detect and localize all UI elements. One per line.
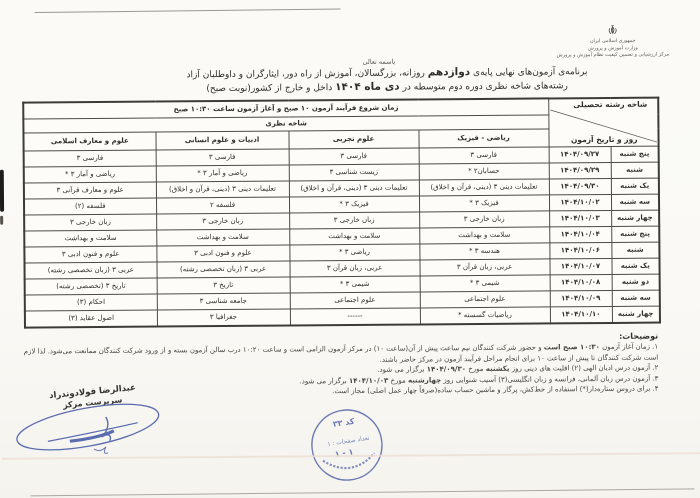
scan-artifact-left-smudge: [0, 170, 4, 212]
subject-cell: جامعه شناسی ۳: [157, 293, 290, 310]
subject-cell: علوم اجتماعی: [420, 291, 550, 308]
subject-cell: هندسه ۳ *: [419, 243, 549, 260]
signature-block: عبدالرضا فولادوندراد سرپرست مرکز: [7, 386, 177, 407]
subject-cell: تعلیمات دینی ۳ (دینی، قرآن و اخلاق): [289, 180, 419, 197]
column-header-1: علوم تجربی: [288, 130, 418, 149]
subject-cell: فیزیک ۳ *: [419, 195, 549, 212]
scan-artifact-left-smudge-2: [0, 216, 3, 225]
subject-cell: ریاضیات گسسته *: [420, 307, 550, 325]
date-cell: ۱۴۰۴/۰۹/۳۰: [549, 178, 611, 194]
scan-artifact-bottom-line: [30, 488, 694, 496]
date-cell: ۱۴۰۴/۱۰/۰۷: [549, 258, 611, 274]
date-cell: ۱۴۰۴/۱۰/۰۹: [550, 290, 612, 306]
title-1-post: روزانه، بزرگسالان، آموزش از راه دور، ایث…: [186, 68, 427, 80]
subject-cell: فارسی ۳: [289, 148, 419, 165]
date-cell: ۱۴۰۴/۱۰/۱۰: [550, 306, 612, 323]
subject-cell: فیزیک ۳ *: [289, 196, 419, 213]
subject-cell: زبان خارجی ۳: [24, 214, 156, 231]
title-1-grade: دوازدهم: [428, 66, 471, 78]
subject-cell: احکام (۳): [25, 294, 157, 311]
title-2-pre: رشته‌های شاخه نظری دوره دوم متوسطه در: [400, 81, 568, 92]
subject-cell: سلامت و بهداشت: [24, 230, 156, 247]
day-cell: شنبه: [611, 242, 659, 258]
date-cell: ۱۴۰۴/۰۹/۲۹: [549, 162, 611, 178]
column-header-3: علوم و معارف اسلامی: [23, 132, 155, 151]
subject-cell: علوم اجتماعی: [290, 292, 420, 309]
day-cell: چهار شنبه: [612, 306, 660, 323]
day-cell: شنبه: [611, 162, 659, 178]
subject-cell: علوم و معارف قرآنی ۳: [24, 182, 156, 199]
stamp-code-text: کد ۳۳: [332, 417, 355, 429]
date-cell: ۱۴۰۴/۱۰/۰۳: [549, 210, 611, 226]
subject-cell: عربی، زبان قرآن ۳: [289, 260, 419, 277]
subject-cell: تاریخ ۳: [157, 277, 290, 294]
stamp-pages-value-text: ۱ - ۱: [334, 447, 354, 459]
date-cell: ۱۴۰۴/۱۰/۰۲: [549, 194, 611, 210]
subject-cell: زبان خارجی ۳: [419, 211, 549, 228]
column-header-2: ادبیات و علوم انسانی: [155, 131, 288, 150]
iran-emblem-icon: [606, 24, 619, 37]
subject-cell: زبان خارجی ۳: [156, 213, 289, 230]
table-corner-cell: شاخه رشته تحصیلی روز و تاریخ آزمون: [548, 98, 658, 147]
day-cell: یک شنبه: [611, 178, 659, 194]
subject-cell: تعلیمات دینی ۳ (دینی، قرآن و اخلاق): [156, 181, 289, 198]
ministry-header: جمهوری اسلامی ایران وزارت آموزش و پرورش …: [545, 23, 680, 59]
subject-cell: سلامت و بهداشت: [156, 229, 289, 246]
corner-label-day-date: روز و تاریخ آزمون: [571, 135, 638, 144]
subject-cell: فارسی ۳: [156, 149, 289, 166]
exam-schedule-table: شاخه رشته تحصیلی روز و تاریخ آزمون زمان …: [22, 97, 661, 329]
document-content: جمهوری اسلامی ایران وزارت آموزش و پرورش …: [0, 0, 700, 498]
title-1-pre: برنامه‌ی آزمون‌های نهایی پایه‌ی: [470, 67, 587, 78]
subject-cell: تعلیمات دینی ۳ (دینی، قرآن و اخلاق): [419, 179, 549, 196]
subject-cell: ------: [290, 308, 420, 326]
subject-cell: علوم و فنون ادبی ۳: [156, 245, 289, 262]
stamp-pages-label-text: تعداد صفحات : ۱: [327, 435, 370, 448]
subject-cell: تاریخ ۳ (تخصصی رشته): [25, 278, 157, 295]
subject-cell: فارسی ۳: [24, 150, 156, 167]
subject-cell: عربی ۳ (زبان تخصصی رشته): [24, 262, 156, 279]
date-cell: ۱۴۰۴/۱۰/۰۴: [549, 226, 611, 242]
subject-cell: علوم و فنون ادبی ۳: [24, 246, 156, 263]
day-cell: پنج شنبه: [611, 146, 659, 162]
date-cell: ۱۴۰۴/۱۰/۰۸: [550, 274, 612, 290]
document-title: برنامه‌ی آزمون‌های نهایی پایه‌ی دوازدهم …: [75, 64, 699, 97]
subject-cell: سلامت و بهداشت: [419, 227, 549, 244]
day-cell: پنج شنبه: [611, 226, 659, 242]
subject-cell: عربی ۳ (زبان تخصصی رشته): [157, 261, 290, 278]
subject-cell: سلامت و بهداشت: [289, 228, 419, 245]
handwritten-signature: [10, 394, 170, 457]
corner-label-branch: شاخه رشته تحصیلی: [573, 101, 647, 110]
subject-cell: شیمی ۳ *: [420, 275, 550, 292]
subject-cell: حسابان۲ *: [419, 163, 549, 180]
day-cell: سه شنبه: [612, 290, 660, 306]
title-2-post: داخل و خارج از کشور(نوبت صبح): [206, 83, 335, 94]
date-cell: ۱۴۰۴/۱۰/۰۶: [549, 242, 611, 258]
subject-cell: اصول عقاید (۳): [25, 310, 157, 328]
scanned-document-page: جمهوری اسلامی ایران وزارت آموزش و پرورش …: [0, 0, 700, 498]
subject-cell: شیمی ۳ *: [290, 276, 420, 293]
day-cell: سه شنبه: [611, 194, 659, 210]
subject-cell: زیست شناسی ۳: [289, 164, 419, 181]
subject-cell: ریاضی و آمار ۳ *: [156, 165, 289, 182]
subject-cell: زبان خارجی ۳: [289, 212, 419, 229]
day-cell: دو شنبه: [612, 274, 660, 290]
subject-cell: فارسی ۳: [419, 147, 549, 164]
subject-cell: فلسفه (۲): [24, 198, 156, 215]
column-header-0: ریاضی - فیزیک: [418, 129, 548, 148]
title-2-month: دی ماه ۱۴۰۴: [335, 81, 400, 94]
office-stamp: کد ۳۳ تعداد صفحات : ۱ ۱ - ۱: [299, 397, 394, 492]
subject-cell: ریاضی ۳ *: [289, 244, 419, 261]
day-cell: چهار شنبه: [611, 210, 659, 226]
subject-cell: جغرافیا ۳: [157, 309, 290, 327]
subject-cell: فلسفه ۲: [156, 197, 289, 214]
date-cell: ۱۴۰۴/۰۹/۲۷: [549, 146, 611, 162]
subject-cell: عربی، زبان قرآن ۳: [419, 259, 549, 276]
subject-cell: ریاضی و آمار ۳ *: [24, 166, 156, 183]
day-cell: یک شنبه: [611, 258, 659, 274]
scan-artifact-top-line: [35, 9, 341, 13]
